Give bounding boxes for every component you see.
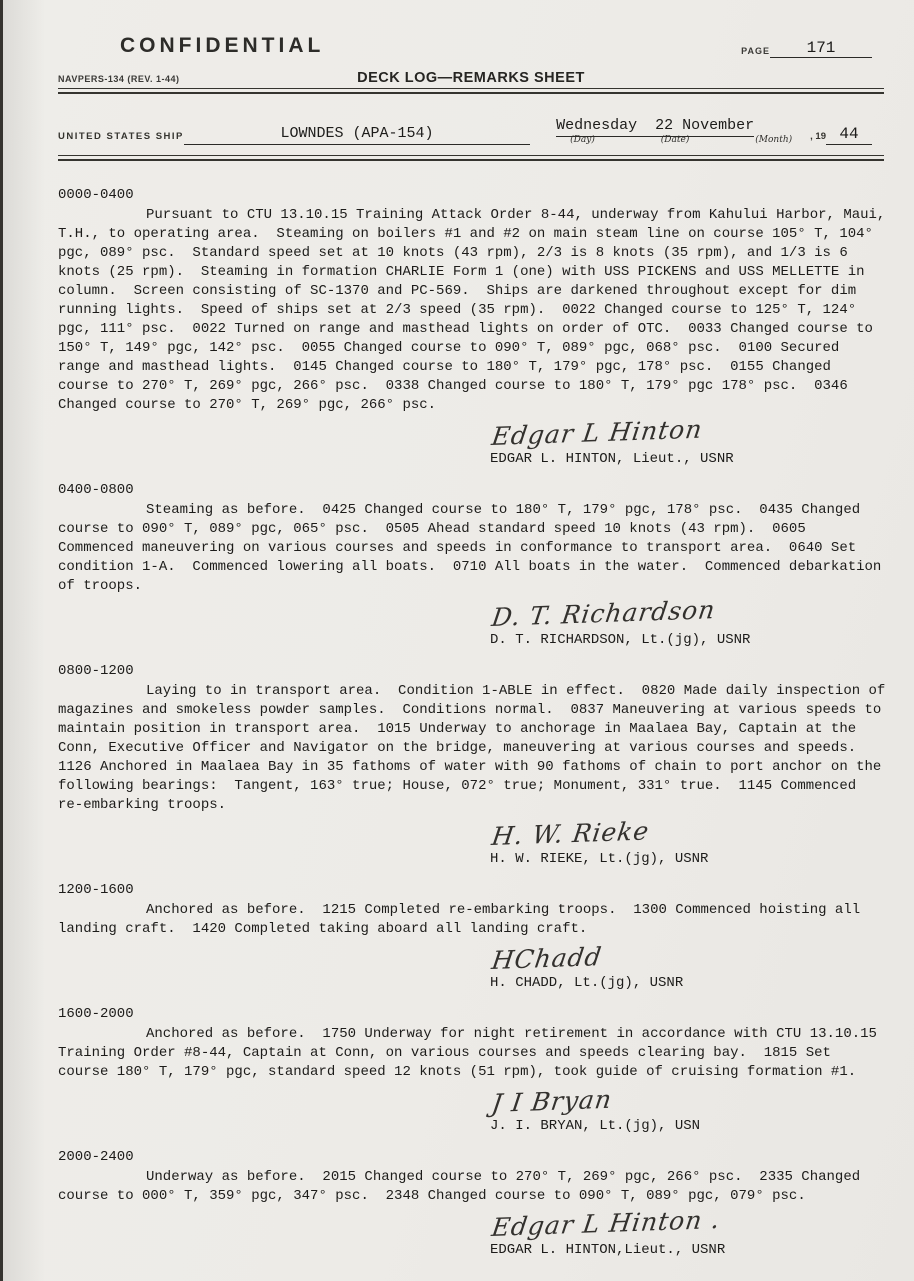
- entry-time-range: 0400-0800: [58, 481, 886, 500]
- log-entry: 1600-2000 Anchored as before. 1750 Under…: [58, 1005, 886, 1135]
- date-value: Wednesday 22 November: [556, 117, 754, 137]
- signature-handwritten: Edgar L Hinton: [490, 409, 890, 450]
- entry-text: Underway as before. 2015 Changed course …: [58, 1168, 886, 1206]
- page-number: 171: [770, 40, 872, 58]
- document-title: DECK LOG—REMARKS SHEET: [357, 70, 585, 86]
- entry-text: Anchored as before. 1215 Completed re-em…: [58, 901, 886, 939]
- page-number-group: PAGE 171: [741, 46, 872, 58]
- signature-block: Edgar L Hinton EDGAR L. HINTON, Lieut., …: [490, 423, 886, 468]
- year-group: , 19 44: [810, 127, 872, 145]
- signature-block: D. T. Richardson D. T. RICHARDSON, Lt.(j…: [490, 604, 886, 649]
- signature-typed: EDGAR L. HINTON,Lieut., USNR: [490, 1242, 886, 1259]
- caption-month: (Month): [755, 135, 792, 145]
- log-entries: 0000-0400 Pursuant to CTU 13.10.15 Train…: [0, 161, 914, 1281]
- signature-handwritten: HChadd: [490, 933, 890, 974]
- signature-handwritten: D. T. Richardson: [490, 590, 890, 631]
- log-entry: 2000-2400 Underway as before. 2015 Chang…: [58, 1148, 886, 1259]
- entry-time-range: 0800-1200: [58, 662, 886, 681]
- year-value: 44: [826, 127, 872, 145]
- caption-day: (Day): [570, 135, 595, 145]
- scan-edge: [0, 0, 3, 1281]
- log-entry: 0800-1200 Laying to in transport area. C…: [58, 662, 886, 868]
- date-group: Wednesday 22 November (Day) (Date) (Mont…: [556, 116, 806, 145]
- signature-block: J I Bryan J. I. BRYAN, Lt.(jg), USN: [490, 1090, 886, 1135]
- entry-time-range: 2000-2400: [58, 1148, 886, 1167]
- form-number: NAVPERS-134 (REV. 1-44): [58, 74, 180, 84]
- ship-label: UNITED STATES SHIP: [58, 131, 184, 145]
- log-entry: 1200-1600 Anchored as before. 1215 Compl…: [58, 881, 886, 992]
- page-header: CONFIDENTIAL PAGE 171 NAVPERS-134 (REV. …: [0, 0, 914, 161]
- log-entry: 0400-0800 Steaming as before. 0425 Chang…: [58, 481, 886, 649]
- entry-text: Steaming as before. 0425 Changed course …: [58, 501, 886, 596]
- header-rule-top: [58, 88, 884, 94]
- signature-handwritten: Edgar L Hinton .: [490, 1200, 890, 1241]
- page-label: PAGE: [741, 46, 770, 58]
- signature-block: Edgar L Hinton . EDGAR L. HINTON,Lieut.,…: [490, 1214, 886, 1259]
- entry-time-range: 1200-1600: [58, 881, 886, 900]
- signature-typed: J. I. BRYAN, Lt.(jg), USN: [490, 1118, 886, 1135]
- classification-stamp: CONFIDENTIAL: [120, 34, 324, 58]
- entry-time-range: 1600-2000: [58, 1005, 886, 1024]
- entry-text: Laying to in transport area. Condition 1…: [58, 682, 886, 815]
- signature-typed: H. CHADD, Lt.(jg), USNR: [490, 975, 886, 992]
- signature-block: HChadd H. CHADD, Lt.(jg), USNR: [490, 947, 886, 992]
- log-entry: 0000-0400 Pursuant to CTU 13.10.15 Train…: [58, 186, 886, 468]
- signature-handwritten: J I Bryan: [490, 1076, 890, 1117]
- deck-log-page: CONFIDENTIAL PAGE 171 NAVPERS-134 (REV. …: [0, 0, 914, 1281]
- signature-typed: D. T. RICHARDSON, Lt.(jg), USNR: [490, 632, 886, 649]
- entry-text: Anchored as before. 1750 Underway for ni…: [58, 1025, 886, 1082]
- signature-typed: EDGAR L. HINTON, Lieut., USNR: [490, 451, 886, 468]
- signature-typed: H. W. RIEKE, Lt.(jg), USNR: [490, 851, 886, 868]
- entry-time-range: 0000-0400: [58, 186, 886, 205]
- signature-handwritten: H. W. Rieke: [490, 809, 890, 850]
- ship-name: LOWNDES (APA-154): [184, 125, 530, 145]
- signature-block: H. W. Rieke H. W. RIEKE, Lt.(jg), USNR: [490, 823, 886, 868]
- caption-date: (Date): [661, 135, 690, 145]
- year-prefix: , 19: [810, 131, 826, 145]
- entry-text: Pursuant to CTU 13.10.15 Training Attack…: [58, 206, 886, 415]
